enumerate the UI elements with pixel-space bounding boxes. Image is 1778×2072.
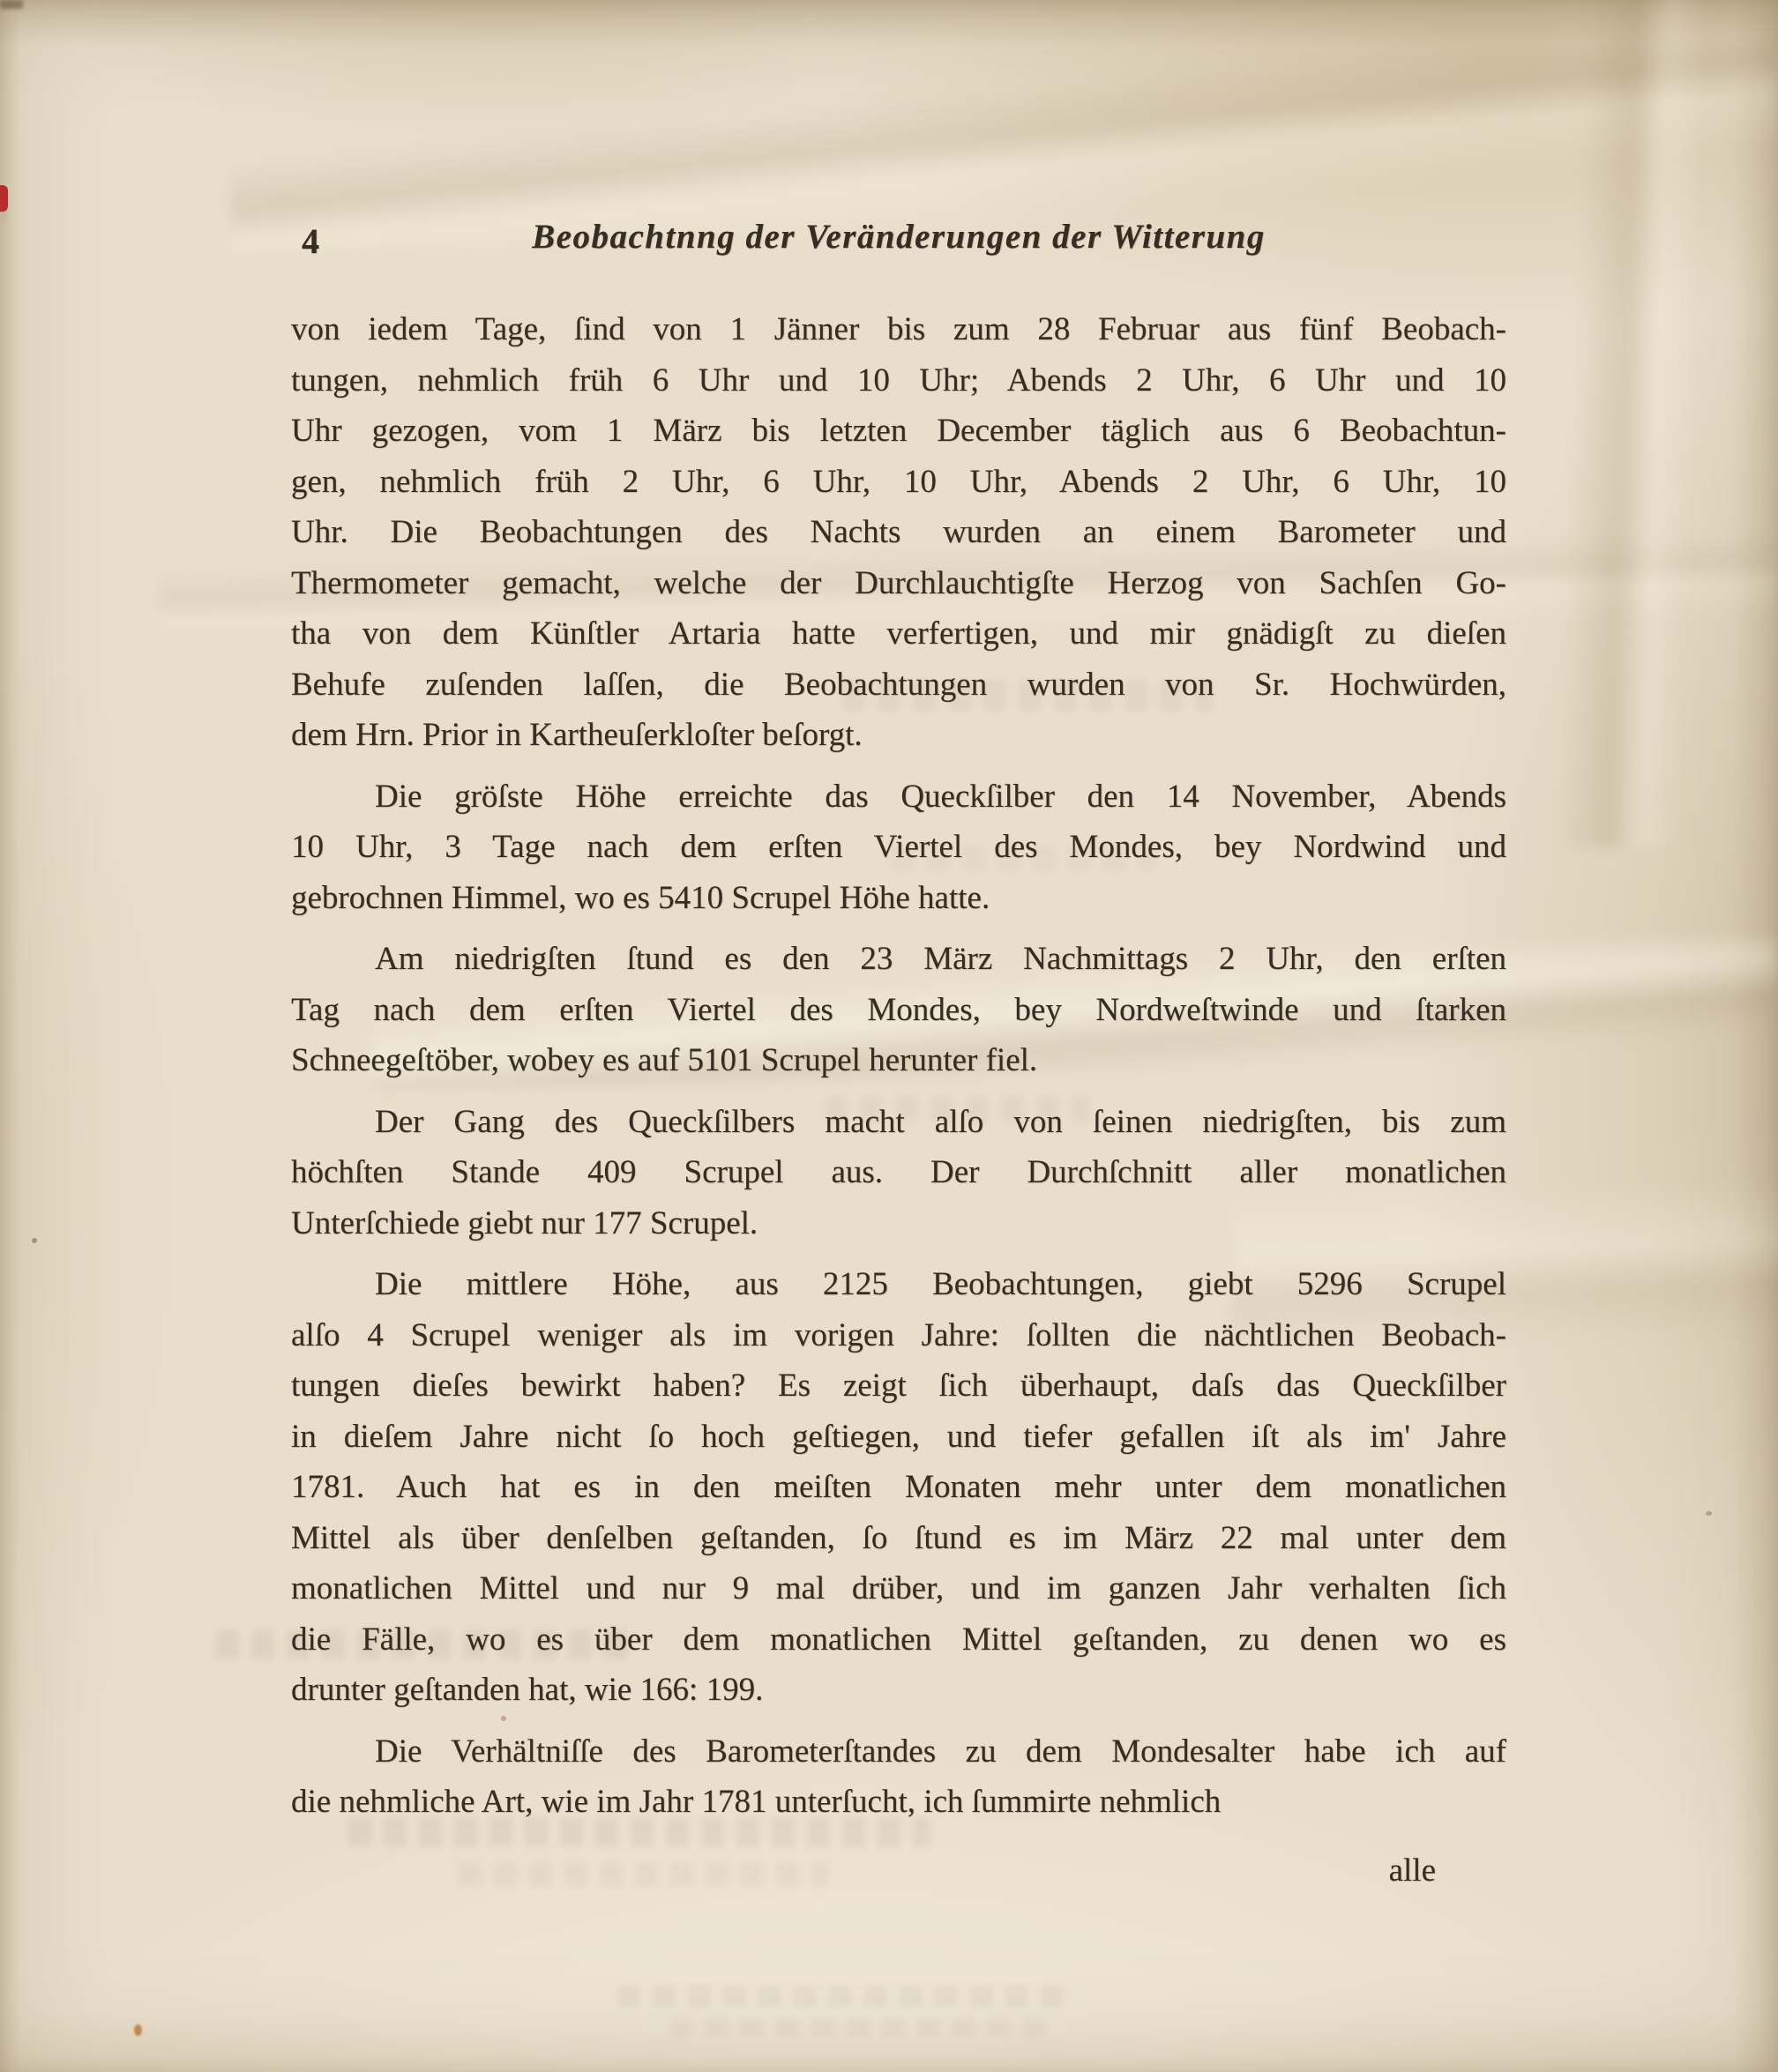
- running-title: Beobachtnng der Veränderungen der Witter…: [291, 217, 1506, 257]
- text-line: höchſten Stande 409 Scrupel aus. Der Dur…: [291, 1147, 1506, 1198]
- text-line: in dieſem Jahre nicht ſo hoch geſtiegen,…: [291, 1412, 1506, 1463]
- paper-fleck: [134, 2024, 142, 2036]
- text-line: tungen, nehmlich früh 6 Uhr und 10 Uhr; …: [291, 355, 1506, 406]
- text-line: die nehmliche Art, wie im Jahr 1781 unte…: [291, 1777, 1506, 1828]
- text-line: die Fälle, wo es über dem monatlichen Mi…: [291, 1614, 1506, 1666]
- text-line: Uhr gezogen, vom 1 März bis letzten Dece…: [291, 406, 1506, 457]
- text-line: Tag nach dem erſten Viertel des Mondes, …: [291, 985, 1506, 1036]
- text-line: tha von dem Künſtler Artaria hatte verfe…: [291, 608, 1506, 660]
- paragraph: Die mittlere Höhe, aus 2125 Beobachtunge…: [291, 1259, 1506, 1716]
- text-line: Mittel als über denſelben geſtanden, ſo …: [291, 1513, 1506, 1564]
- paper-crease: [1552, 0, 1702, 846]
- ink-bleedthrough: [670, 2019, 1050, 2037]
- text-line: Behufe zuſenden laſſen, die Beobachtunge…: [291, 660, 1506, 711]
- text-line: Schneegeſtöber, wobey es auf 5101 Scrupe…: [291, 1035, 1506, 1086]
- corner-shadow: [0, 0, 23, 9]
- text-line: Thermometer gemacht, welche der Durchlau…: [291, 558, 1506, 609]
- page-header: 4 Beobachtnng der Veränderungen der Witt…: [291, 217, 1506, 268]
- text-line: tungen dieſes bewirkt haben? Es zeigt ſi…: [291, 1360, 1506, 1412]
- catchword: alle: [291, 1852, 1506, 1889]
- paragraph: von iedem Tage, ſind von 1 Jänner bis zu…: [291, 304, 1506, 761]
- text-line: 10 Uhr, 3 Tage nach dem erſten Viertel d…: [291, 822, 1506, 873]
- paper-fleck: [1706, 1511, 1712, 1516]
- text-line: drunter geſtanden hat, wie 166: 199.: [291, 1665, 1506, 1716]
- text-line: dem Hrn. Prior in Kartheuſerkloſter beſo…: [291, 710, 1506, 761]
- paragraph: Am niedrigſten ſtund es den 23 März Nach…: [291, 934, 1506, 1086]
- text-line: Die gröſste Höhe erreichte das Queckſilb…: [291, 771, 1506, 823]
- ink-bleedthrough: [617, 1986, 1076, 2007]
- text-line: Die Verhältniſſe des Barometerſtandes zu…: [291, 1726, 1506, 1778]
- paper-fleck: [32, 1238, 37, 1243]
- red-edge-mark: [0, 185, 8, 212]
- body-text: von iedem Tage, ſind von 1 Jänner bis zu…: [291, 304, 1506, 1838]
- text-line: gebrochnen Himmel, wo es 5410 Scrupel Hö…: [291, 873, 1506, 924]
- text-line: gen, nehmlich früh 2 Uhr, 6 Uhr, 10 Uhr,…: [291, 457, 1506, 508]
- text-line: monatlichen Mittel und nur 9 mal drüber,…: [291, 1563, 1506, 1614]
- paragraph: Der Gang des Queckſilbers macht alſo von…: [291, 1097, 1506, 1249]
- text-line: 1781. Auch hat es in den meiſten Monaten…: [291, 1462, 1506, 1513]
- text-line: Am niedrigſten ſtund es den 23 März Nach…: [291, 934, 1506, 985]
- text-line: Die mittlere Höhe, aus 2125 Beobachtunge…: [291, 1259, 1506, 1310]
- paragraph: Die Verhältniſſe des Barometerſtandes zu…: [291, 1726, 1506, 1828]
- text-line: alſo 4 Scrupel weniger als im vorigen Ja…: [291, 1310, 1506, 1361]
- paragraph: Die gröſste Höhe erreichte das Queckſilb…: [291, 771, 1506, 924]
- text-line: Der Gang des Queckſilbers macht alſo von…: [291, 1097, 1506, 1148]
- text-line: von iedem Tage, ſind von 1 Jänner bis zu…: [291, 304, 1506, 355]
- text-line: Unterſchiede giebt nur 177 Scrupel.: [291, 1198, 1506, 1249]
- scanned-book-page: 4 Beobachtnng der Veränderungen der Witt…: [0, 0, 1778, 2072]
- text-line: Uhr. Die Beobachtungen des Nachts wurden…: [291, 507, 1506, 558]
